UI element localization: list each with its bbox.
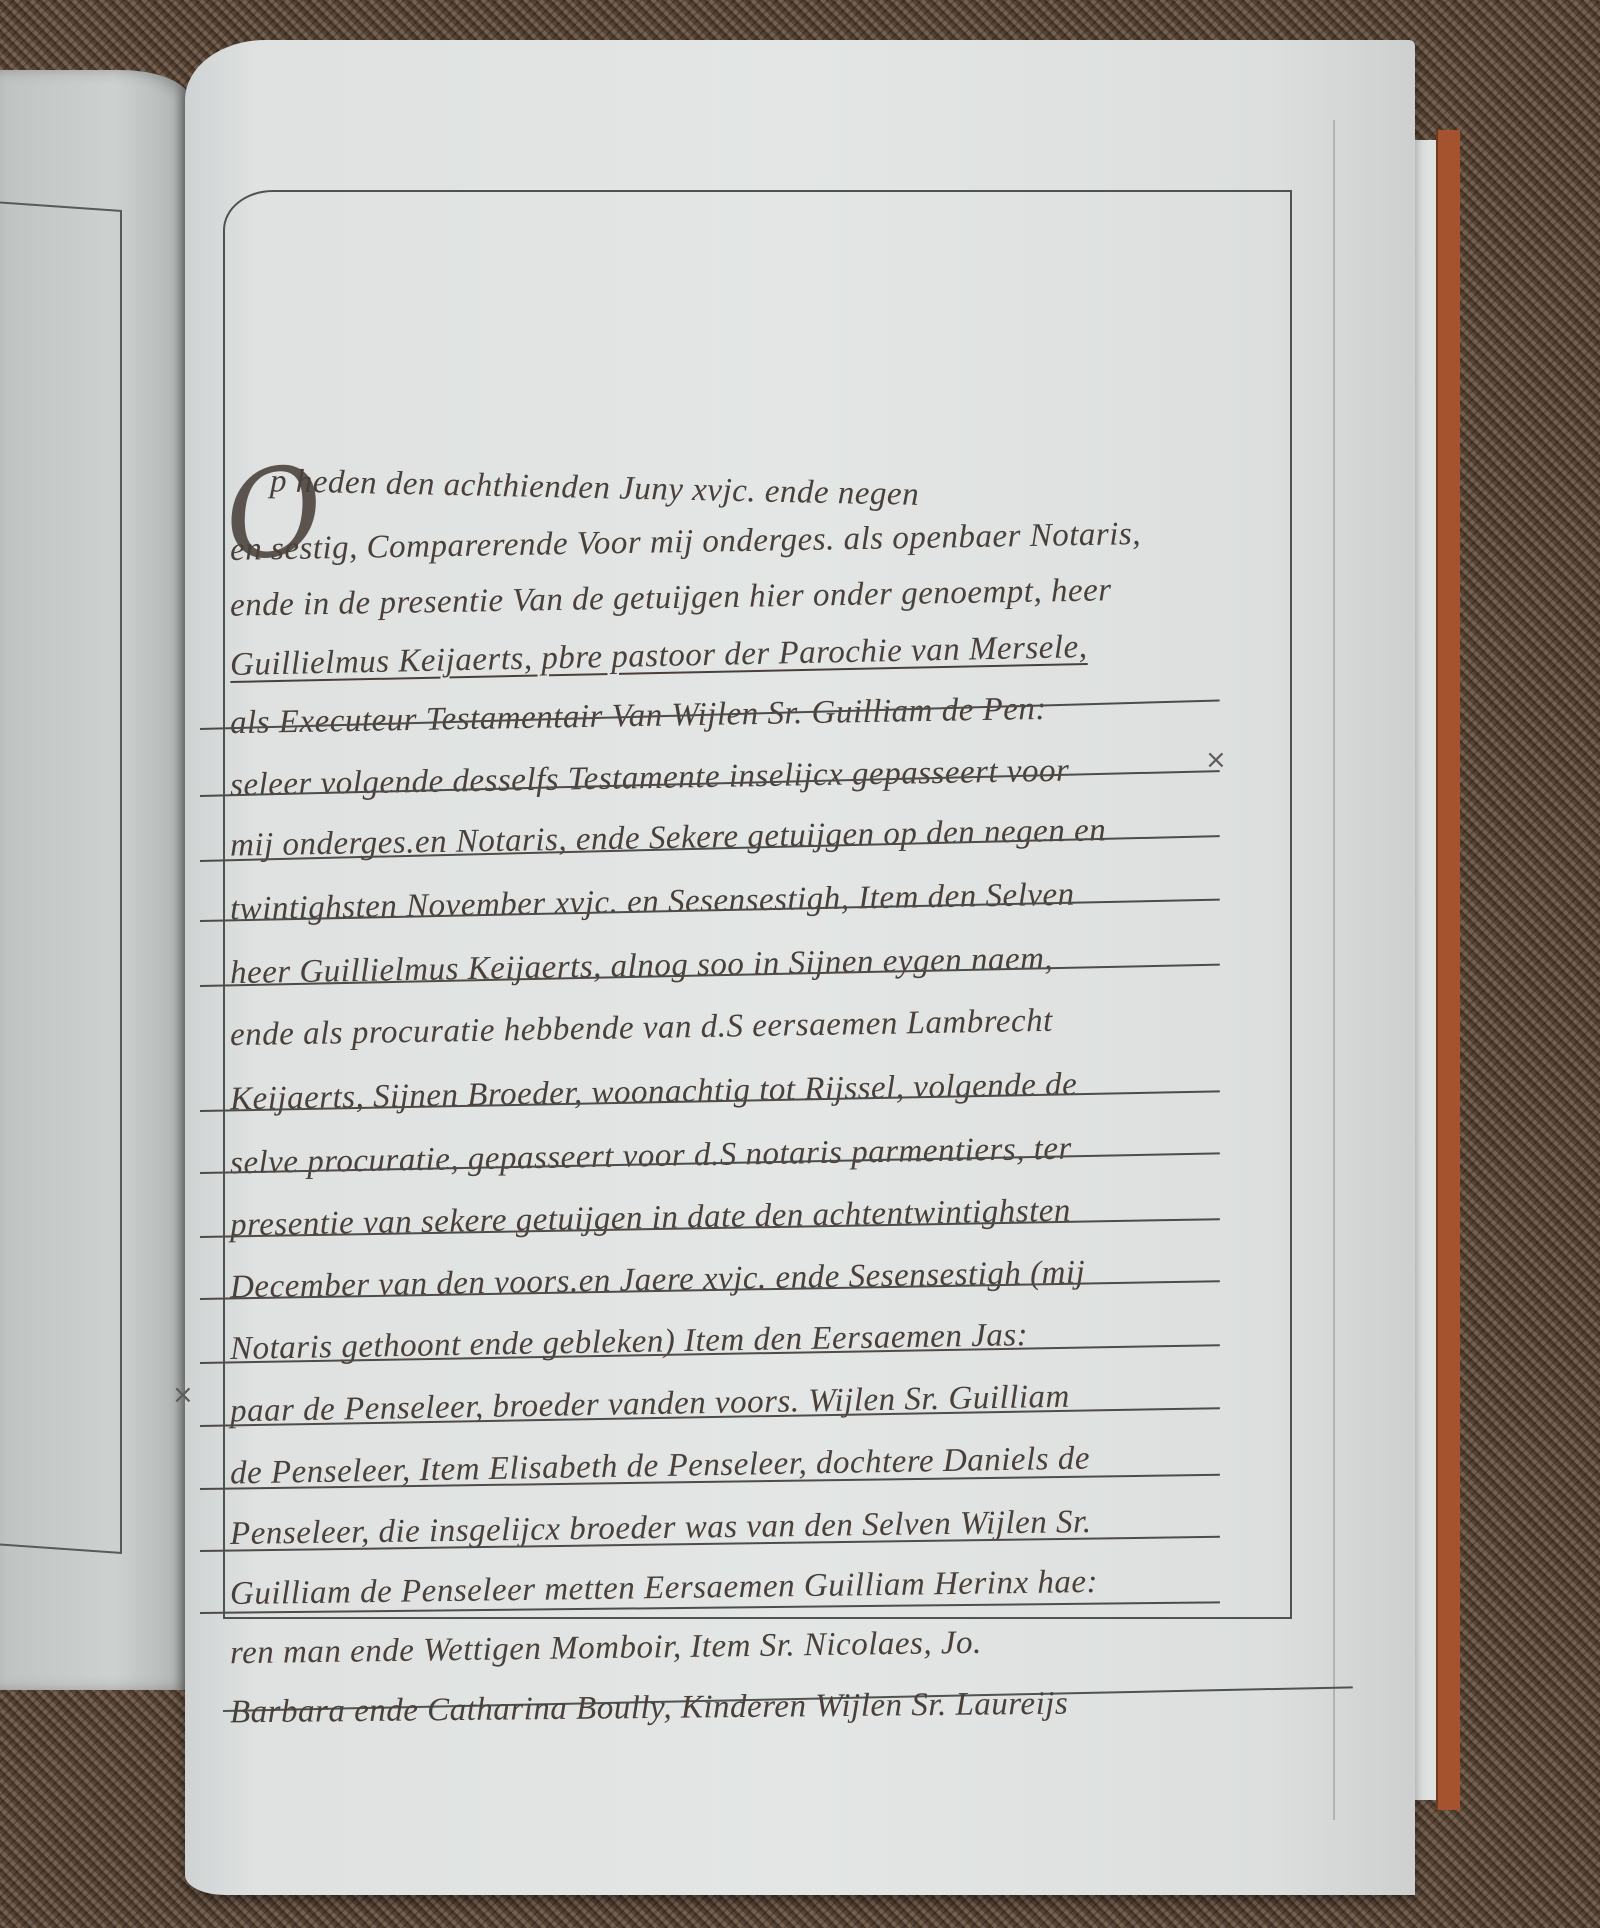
margin-cross-mark-left: × (172, 1380, 194, 1410)
left-page-frame (0, 201, 122, 1554)
left-page (0, 70, 190, 1690)
page-fold-line (1333, 120, 1335, 1820)
book-cover-edge (1436, 130, 1460, 1810)
photo-scene: O p heden den achthienden Juny xvjc. end… (0, 0, 1600, 1928)
margin-cross-mark-right: × (1205, 745, 1227, 775)
